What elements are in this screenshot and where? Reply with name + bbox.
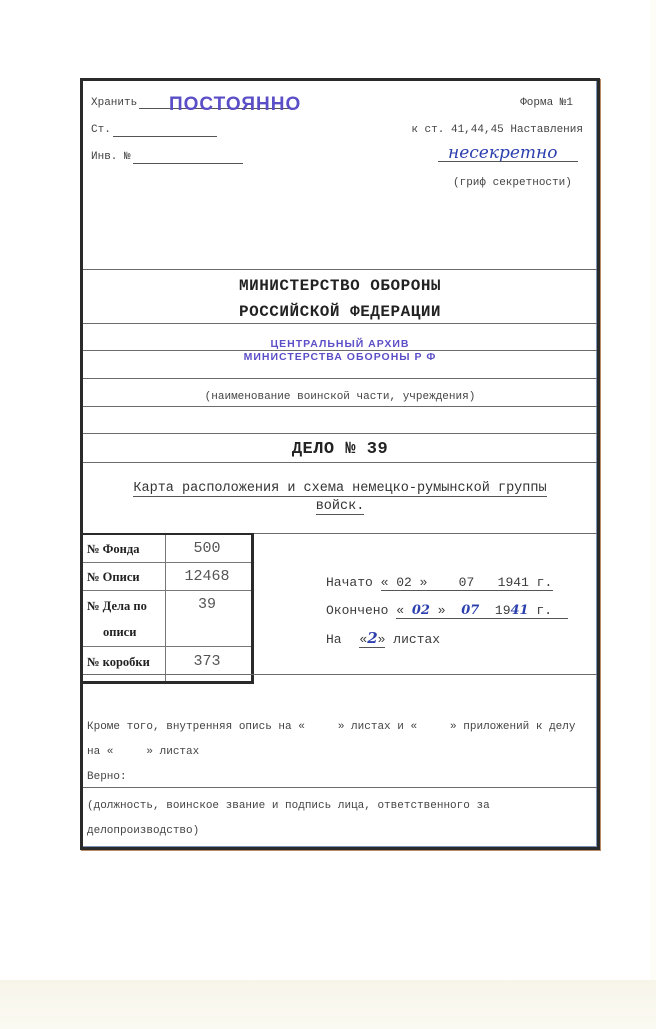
sheets-count-field: «2» bbox=[359, 629, 385, 648]
secrecy-handwritten: несекретно bbox=[448, 143, 558, 163]
fond-label: № Фонда bbox=[87, 542, 139, 557]
divider bbox=[83, 323, 597, 324]
ended-row: Окончено « 02 » 07 1941 г. bbox=[326, 603, 568, 619]
table-row-opis: № Описи 12468 bbox=[83, 562, 251, 591]
case-title: ДЕЛО № 39 bbox=[83, 440, 597, 459]
divider bbox=[83, 787, 597, 788]
ended-month: 07 bbox=[461, 603, 479, 618]
verified-label: Верно: bbox=[87, 771, 127, 783]
divider bbox=[83, 462, 597, 463]
ministry-line-2: РОССИЙСКОЙ ФЕДЕРАЦИИ bbox=[83, 303, 597, 321]
article-reference: к ст. 41,44,45 Наставления bbox=[411, 124, 583, 136]
table-row-delo: № Дела по описи 39 bbox=[83, 590, 251, 647]
case-description-line-1: Карта расположения и схема немецко-румын… bbox=[83, 481, 597, 496]
ended-day: 02 bbox=[412, 603, 430, 618]
inv-field bbox=[133, 163, 243, 164]
keep-stamp: ПОСТОЯННО bbox=[169, 94, 301, 116]
sheets-close: » bbox=[378, 632, 386, 647]
case-description-line-2: войск. bbox=[83, 499, 597, 514]
divider bbox=[83, 674, 597, 675]
form-number: Форма №1 bbox=[520, 97, 573, 109]
responsible-line-1: (должность, воинское звание и подпись ли… bbox=[87, 800, 490, 812]
secrecy-caption: (гриф секретности) bbox=[453, 177, 572, 189]
sheets-row: На «2» листах bbox=[326, 629, 440, 648]
archive-id-table: № Фонда 500 № Описи 12468 № Дела по опис… bbox=[82, 533, 254, 684]
st-field bbox=[113, 136, 217, 137]
table-row-fond: № Фонда 500 bbox=[83, 535, 251, 563]
case-description-text-2: войск. bbox=[316, 499, 365, 515]
fond-value: 500 bbox=[167, 540, 247, 557]
case-cover-form: Хранить ПОСТОЯННО Ст. Инв. № Форма №1 к … bbox=[80, 78, 600, 850]
scan-background bbox=[0, 980, 656, 1029]
divider bbox=[83, 433, 597, 434]
ended-date: « 02 » 07 1941 г. bbox=[396, 603, 568, 619]
ended-year-suffix: г. bbox=[536, 603, 552, 618]
divider bbox=[83, 269, 597, 270]
ministry-line-1: МИНИСТЕРСТВО ОБОРОНЫ bbox=[83, 277, 597, 295]
divider bbox=[83, 378, 597, 379]
inventory-line-1: Кроме того, внутренняя опись на « » лист… bbox=[87, 721, 575, 733]
inventory-line-2: на « » листах bbox=[87, 746, 199, 758]
sheets-suffix: листах bbox=[393, 632, 440, 647]
delo-label: № Дела по bbox=[87, 599, 147, 614]
started-row: Начато « 02 » 07 1941 г. bbox=[326, 575, 553, 591]
divider bbox=[83, 406, 597, 407]
opis-value: 12468 bbox=[167, 568, 247, 585]
delo-label-2: описи bbox=[103, 625, 136, 640]
sheets-count: 2 bbox=[367, 629, 377, 647]
archive-stamp-line-1: ЦЕНТРАЛЬНЫЙ АРХИВ bbox=[83, 338, 597, 350]
ended-day-open: « bbox=[396, 603, 404, 618]
ended-year-prefix: 19 bbox=[495, 603, 511, 618]
started-month: 07 bbox=[459, 575, 475, 590]
started-date: « 02 » 07 1941 г. bbox=[381, 575, 553, 591]
secrecy-underline bbox=[438, 161, 578, 162]
started-year: 1941 г. bbox=[498, 575, 553, 590]
started-day: « 02 » bbox=[381, 575, 428, 590]
started-label: Начато bbox=[326, 575, 373, 590]
box-label: № коробки bbox=[87, 655, 150, 670]
box-value: 373 bbox=[167, 653, 247, 670]
unit-caption: (наименование воинской части, учреждения… bbox=[83, 391, 597, 403]
case-description-text-1: Карта расположения и схема немецко-румын… bbox=[133, 481, 546, 497]
ended-year-hand: 41 bbox=[511, 603, 529, 618]
keep-label: Хранить bbox=[91, 97, 137, 109]
responsible-line-2: делопроизводство) bbox=[87, 825, 199, 837]
ended-day-close: » bbox=[438, 603, 446, 618]
inv-label: Инв. № bbox=[91, 151, 131, 163]
opis-label: № Описи bbox=[87, 570, 140, 585]
sheets-label: На bbox=[326, 632, 342, 647]
delo-value: 39 bbox=[167, 596, 247, 613]
table-row-box: № коробки 373 bbox=[83, 646, 251, 677]
ended-label: Окончено bbox=[326, 603, 388, 618]
archive-stamp-line-2: МИНИСТЕРСТВА ОБОРОНЫ Р Ф bbox=[83, 351, 597, 363]
st-label: Ст. bbox=[91, 124, 111, 136]
